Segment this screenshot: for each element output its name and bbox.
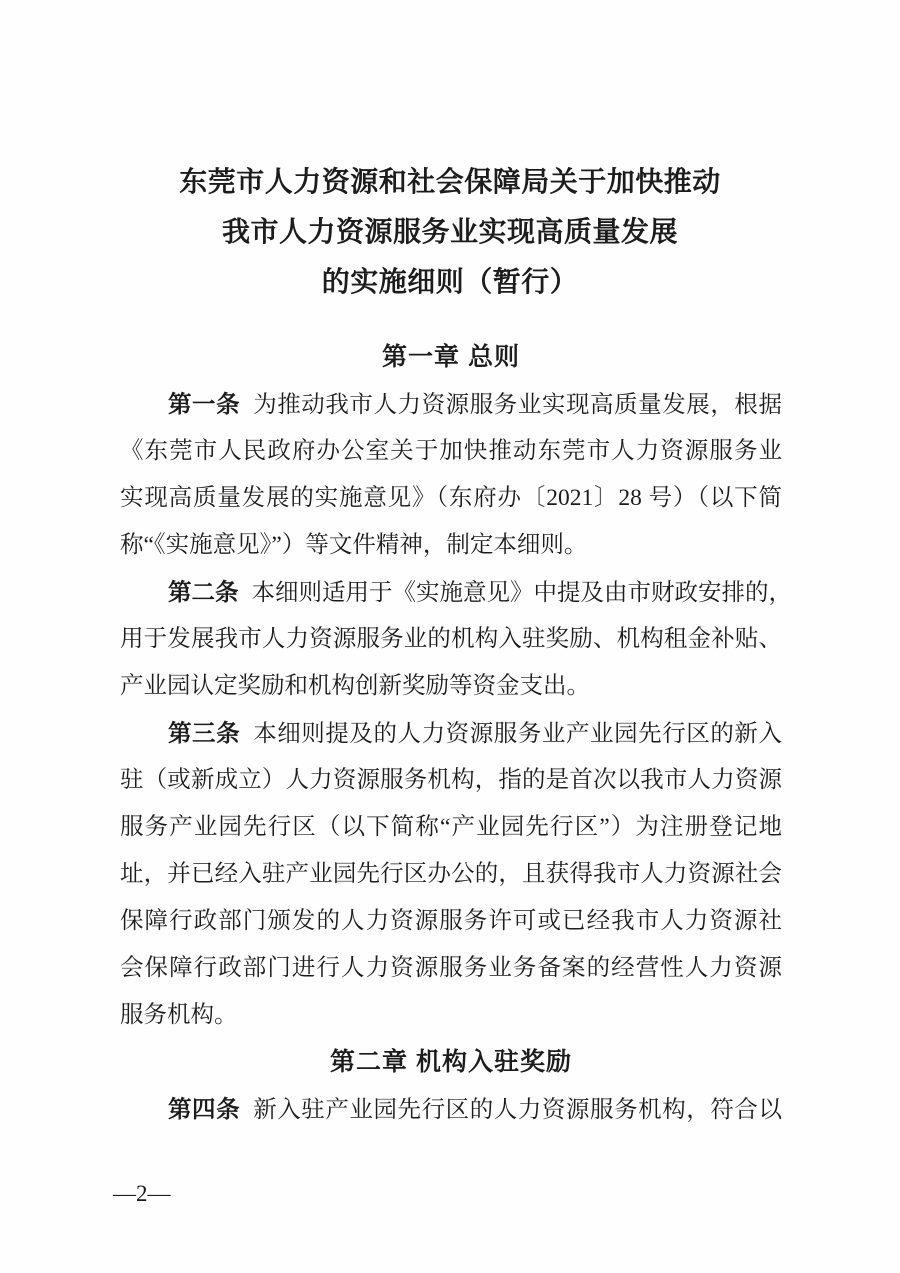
article-2-label: 第二条: [168, 579, 239, 605]
article-2-text: 本细则适用于《实施意见》中提及由市财政安排的，: [252, 580, 793, 606]
article-3-line-6: 会保障行政部门进行人力资源服务业务备案的经营性人力资源: [120, 945, 782, 992]
article-1-line-4: 称“《实施意见》”）等文件精神，制定本细则。: [120, 522, 782, 569]
article-4-label: 第四条: [168, 1096, 240, 1122]
article-2-line-3: 产业园认定奖励和机构创新奖励等资金支出。: [120, 663, 782, 710]
article-3-line-3: 服务产业园先行区（以下简称“产业园先行区”）为注册登记地: [120, 804, 782, 851]
article-3-line-4: 址，并已经入驻产业园先行区办公的，且获得我市人力资源社会: [120, 851, 782, 898]
article-2-line-2: 用于发展我市人力资源服务业的机构入驻奖励、机构租金补贴、: [120, 616, 782, 663]
article-4-line-1: 第四条新入驻产业园先行区的人力资源服务机构，符合以: [120, 1086, 782, 1133]
article-1-line-3: 实现高质量发展的实施意见》（东府办〔2021〕28 号）（以下简: [120, 475, 782, 522]
article-1-text: 为推动我市人力资源服务业实现高质量发展，根据: [253, 392, 782, 418]
document-title-line-1: 东莞市人力资源和社会保障局关于加快推动: [0, 158, 900, 208]
article-3-label: 第三条: [168, 720, 240, 746]
document-title: 东莞市人力资源和社会保障局关于加快推动 我市人力资源服务业实现高质量发展 的实施…: [0, 158, 900, 308]
article-3-line-7: 服务机构。: [120, 992, 782, 1039]
article-1-line-2: 《东莞市人民政府办公室关于加快推动东莞市人力资源服务业: [120, 428, 782, 475]
article-2-line-1: 第二条本细则适用于《实施意见》中提及由市财政安排的，: [120, 569, 782, 616]
page-number: —2—: [113, 1180, 171, 1208]
article-1-line-1: 第一条为推动我市人力资源服务业实现高质量发展，根据: [120, 381, 782, 428]
document-title-line-2: 我市人力资源服务业实现高质量发展: [0, 208, 900, 258]
article-3-line-1: 第三条本细则提及的人力资源服务业产业园先行区的新入: [120, 710, 782, 757]
document-title-line-3: 的实施细则（暂行）: [0, 258, 900, 308]
article-3-text: 本细则提及的人力资源服务业产业园先行区的新入: [253, 721, 782, 747]
chapter-2-heading: 第二章 机构入驻奖励: [120, 1039, 782, 1086]
document-page: 东莞市人力资源和社会保障局关于加快推动 我市人力资源服务业实现高质量发展 的实施…: [0, 0, 900, 1273]
article-3-line-5: 保障行政部门颁发的人力资源服务许可或已经我市人力资源社: [120, 898, 782, 945]
chapter-1-heading: 第一章 总则: [120, 334, 782, 381]
document-body: 第一章 总则 第一条为推动我市人力资源服务业实现高质量发展，根据 《东莞市人民政…: [120, 334, 782, 1133]
article-1-label: 第一条: [168, 391, 240, 417]
article-4-text: 新入驻产业园先行区的人力资源服务机构，符合以: [253, 1097, 782, 1123]
article-3-line-2: 驻（或新成立）人力资源服务机构，指的是首次以我市人力资源: [120, 757, 782, 804]
